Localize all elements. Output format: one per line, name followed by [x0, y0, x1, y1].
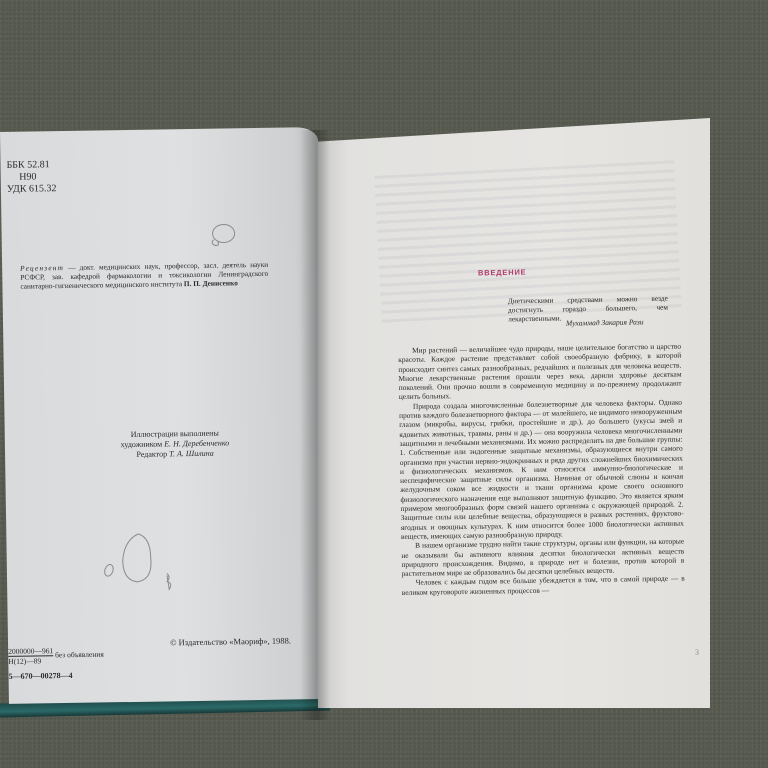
- code-denominator: Н(12)—89: [8, 656, 53, 666]
- body-text: Мир растений — величайшее чудо природы, …: [398, 342, 685, 597]
- epigraph-author: Мухаммад Закария Рази: [566, 317, 644, 327]
- editor-name: Т. А. Шилина: [169, 449, 214, 459]
- paragraph: Природа создала многочисленные болезнетв…: [399, 397, 684, 541]
- bbk-value: 52.81: [27, 159, 50, 170]
- reviewer-name: П. П. Денисенко: [184, 278, 238, 288]
- classification-codes: ББК 52.81 Н90 УДК 615.32: [6, 159, 56, 196]
- paragraph: Мир растений — величайшее чудо природы, …: [398, 342, 682, 402]
- left-page: ББК 52.81 Н90 УДК 615.32 Рецензент — док…: [0, 127, 327, 704]
- bbk-label: ББК: [6, 160, 24, 171]
- credits-artist-label: художником: [121, 439, 163, 449]
- copyright: © Издательство «Маориф», 1988.: [170, 635, 291, 647]
- udk-value: 615.32: [29, 183, 57, 194]
- spine-shadow: [300, 130, 330, 720]
- credits: Иллюстрации выполнены художником Е. Н. Д…: [75, 428, 275, 461]
- code-numerator: 2000000—961: [8, 646, 53, 657]
- paragraph: В нашем организме трудно найти такие стр…: [401, 537, 685, 579]
- credits-editor-label: Редактор: [136, 449, 167, 458]
- author-mark: Н90: [19, 171, 36, 182]
- pencil-scribble-mark: [66, 529, 187, 611]
- code-fraction: 2000000—961 Н(12)—89: [8, 646, 53, 666]
- illustrator-name: Е. Н. Деребенченко: [164, 438, 229, 448]
- page-number: 3: [695, 648, 699, 657]
- reviewer-note: Рецензент — докт. медицинских наук, проф…: [20, 260, 268, 291]
- pencil-circle-mark: [201, 221, 241, 252]
- section-title: ВВЕДЕНИЕ: [478, 268, 527, 278]
- code-note: без объявления: [55, 650, 104, 660]
- isbn: 5—670—00278—4: [8, 671, 72, 681]
- udk-label: УДК: [7, 184, 27, 195]
- publication-code: 2000000—961 Н(12)—89 без объявления: [8, 645, 104, 665]
